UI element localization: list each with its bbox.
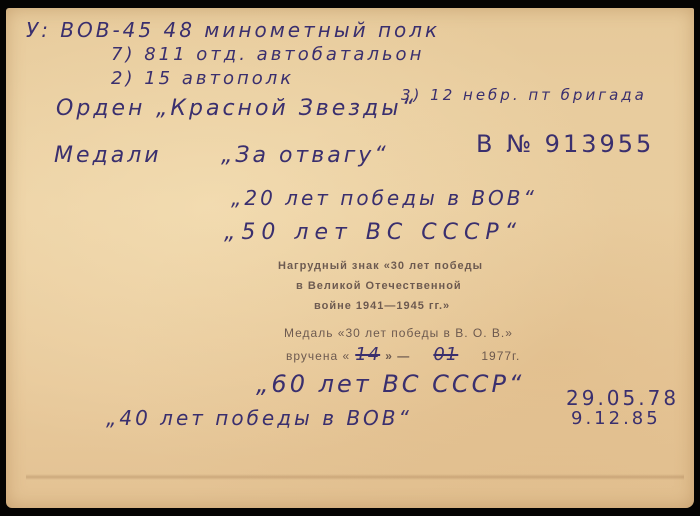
stamp-line-1: Нагрудный знак «30 лет победы — [278, 260, 483, 272]
unit-line-1: У: ВОВ-45 48 минометный полк — [26, 18, 440, 42]
order-name: „Красной Звезды“ — [156, 96, 416, 121]
stamp-line-4: Медаль «30 лет победы в В. О. В.» — [284, 326, 513, 340]
award-day: 14 — [355, 344, 380, 365]
award-month: 01 — [433, 344, 458, 365]
medal-for-courage: „За отвагу“ — [221, 143, 389, 168]
stamp-separator: » — — [385, 349, 410, 363]
award-year: 1977г. — [481, 349, 520, 363]
medal-20-years-victory: „20 лет победы в ВОВ“ — [231, 186, 537, 210]
medal-60-date: 29.05.78 — [566, 386, 679, 410]
medal-60-years-armed-forces: „60 лет ВС СССР“ — [256, 370, 524, 398]
unit-line-2: 7) 811 отд. автобатальон — [111, 44, 424, 65]
medal-40-years-victory: „40 лет победы в ВОВ“ — [106, 406, 412, 430]
stamp-line-3: войне 1941—1945 гг.» — [314, 300, 450, 312]
record-card: У: ВОВ-45 48 минометный полк 7) 811 отд.… — [6, 8, 694, 508]
medal-40-date: 9.12.85 — [571, 408, 661, 429]
paper-fold — [26, 474, 684, 480]
medals-label: Медали — [54, 143, 162, 168]
medal-50-years-armed-forces: „50 лет ВС СССР“ — [224, 220, 522, 245]
stamp-awarded-label: вручена « — [286, 349, 350, 363]
medal-serial-number: В № 913955 — [476, 130, 654, 158]
stamp-line-2: в Великой Отечественной — [296, 280, 462, 292]
stamp-award-date: вручена « 14 » — 01 1977г. — [286, 344, 520, 365]
order-label: Орден — [56, 96, 145, 121]
unit-line-4: 3) 12 небр. пт бригада — [401, 86, 647, 104]
unit-line-3: 2) 15 автополк — [111, 68, 294, 89]
